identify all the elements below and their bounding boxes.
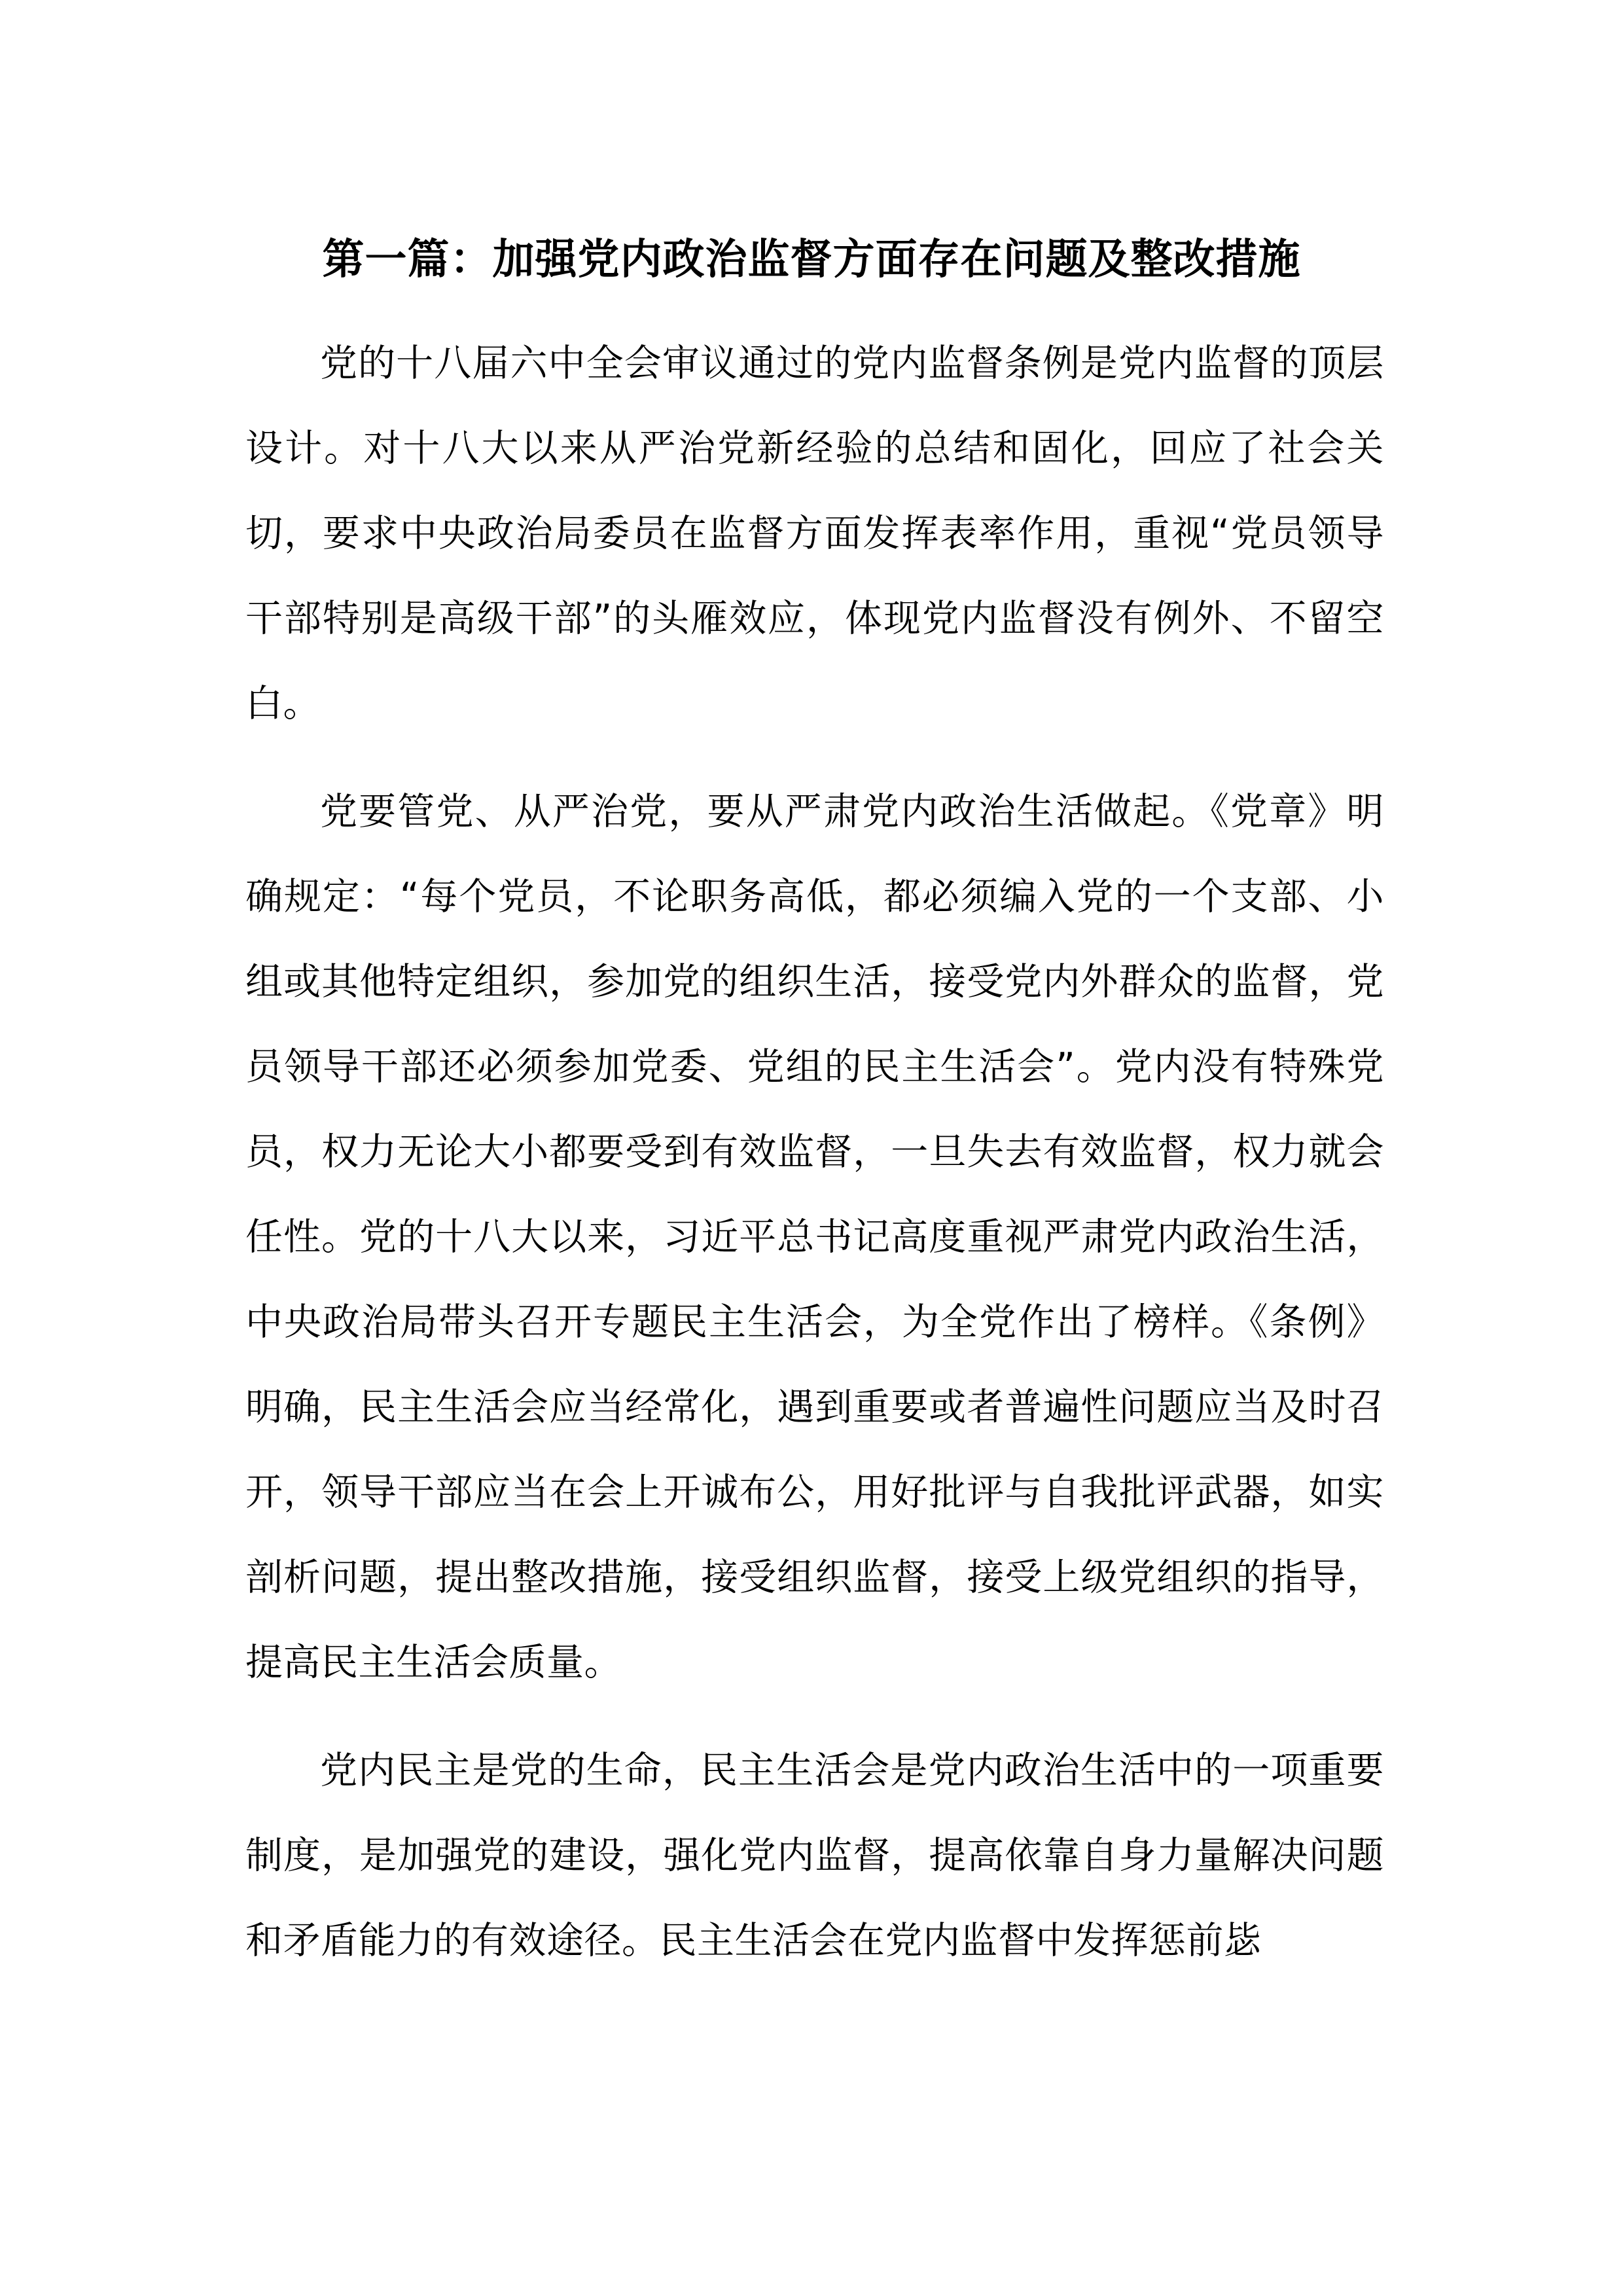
document-title: 第一篇：加强党内政治监督方面存在问题及整改措施 [0, 230, 1623, 289]
paragraph-1: 党的十八届六中全会审议通过的党内监督条例是党内监督的顶层设计。对十八大以来从严治… [245, 321, 1384, 746]
paragraph-2: 党要管党、从严治党，要从严肃党内政治生活做起。《党章》明确规定：“每个党员，不论… [245, 769, 1384, 1705]
paragraph-3: 党内民主是党的生命，民主生活会是党内政治生活中的一项重要制度，是加强党的建设，强… [245, 1728, 1384, 1983]
